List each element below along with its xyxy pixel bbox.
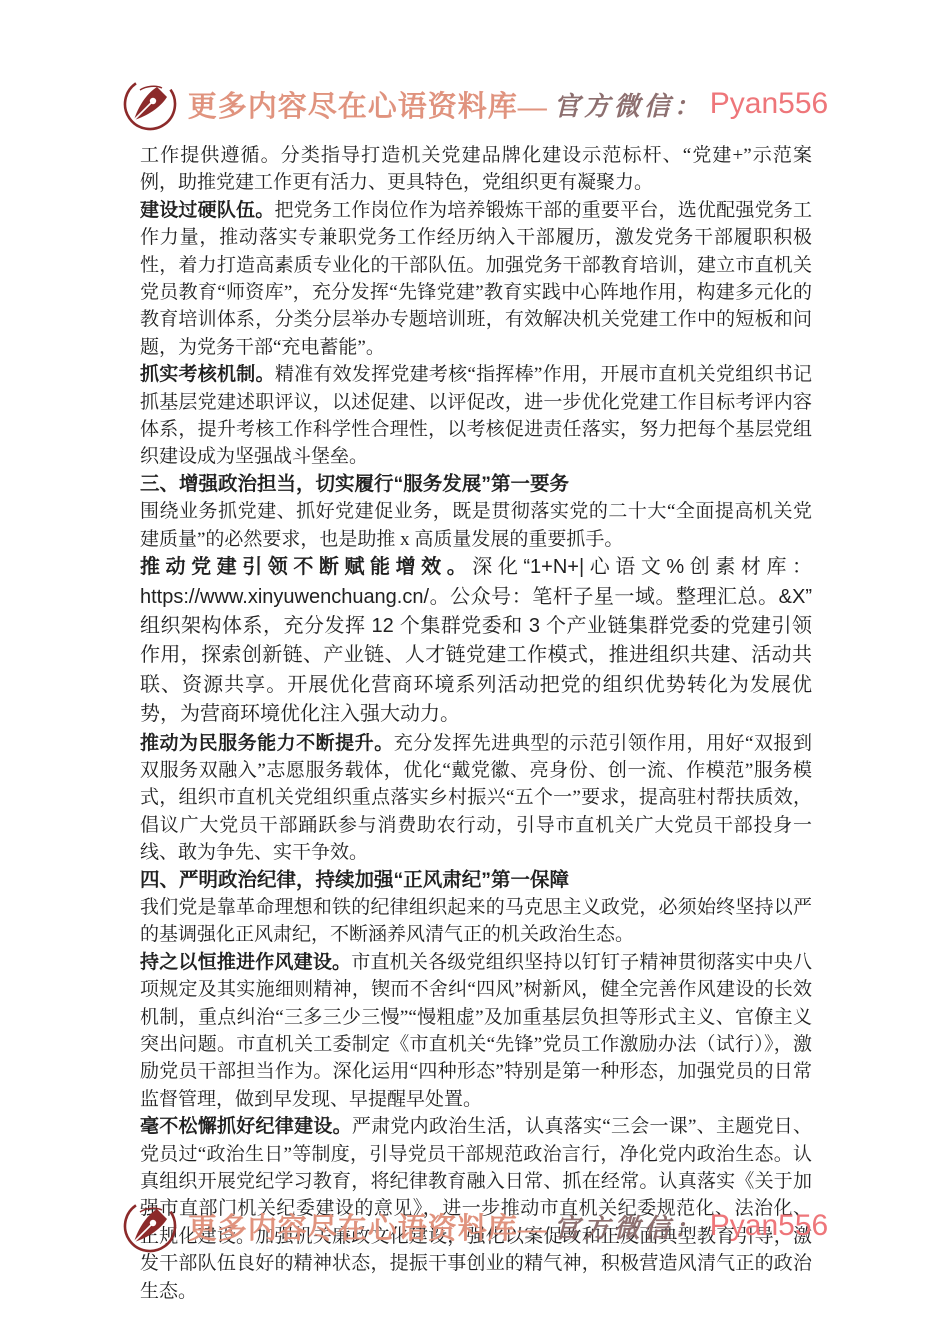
watermark-wechat-id: Pyan556 [710,87,828,121]
paragraph-lead: 推动党建引领不断赋能增效。 [140,556,472,578]
paragraph: 推动为民服务能力不断提升。充分发挥先进典型的示范引领作用，用好“双报到双服务双融… [140,730,812,867]
paragraph-lead: 毫不松懈抓好纪律建设。 [140,1116,352,1137]
watermark-wechat-label: 官方微信： [554,86,704,123]
paragraph: 推动党建引领不断赋能增效。深化“1+N+|心语文%创素材库： https://w… [140,553,812,729]
paragraph: 我们党是靠革命理想和铁的纪律组织起来的马克思主义政党，必须始终坚持以严的基调强化… [140,894,812,949]
paragraph-text: 三、增强政治担当，切实履行“服务发展”第一要务 [140,473,569,495]
watermark-footer: 更多内容尽在心语资料库— 官方微信： Pyan556 [0,1198,950,1254]
paragraph-lead: 推动为民服务能力不断提升。 [140,733,394,754]
section-heading: 三、增强政治担当，切实履行“服务发展”第一要务 [140,471,812,498]
paragraph: 工作提供遵循。分类指导打造机关党建品牌化建设示范标杆、“党建+”示范案例，助推党… [140,142,812,197]
paragraph-lead: 抓实考核机制。 [140,364,275,385]
paragraph-lead: 持之以恒推进作风建设。 [140,952,351,973]
paragraph-text: 围绕业务抓党建、抓好党建促业务，既是贯彻落实党的二十大“全面提高机关党建质量”的… [140,501,812,549]
paragraph-text: 把党务工作岗位作为培养锻炼干部的重要平台，选优配强党务工作力量，推动落实专兼职党… [140,200,812,358]
watermark-tagline: 更多内容尽在心语资料库— [188,1206,548,1247]
paragraph-text: 市直机关各级党组织坚持以钉钉子精神贯彻落实中央八项规定及其实施细则精神，锲而不舍… [140,952,812,1110]
paragraph: 建设过硬队伍。把党务工作岗位作为培养锻炼干部的重要平台，选优配强党务工作力量，推… [140,197,812,361]
paragraph: 围绕业务抓党建、抓好党建促业务，既是贯彻落实党的二十大“全面提高机关党建质量”的… [140,498,812,553]
paragraph: 持之以恒推进作风建设。市直机关各级党组织坚持以钉钉子精神贯彻落实中央八项规定及其… [140,949,812,1113]
paragraph-text: 四、严明政治纪律，持续加强“正风肃纪”第一保障 [140,869,569,891]
watermark-header: 更多内容尽在心语资料库— 官方微信： Pyan556 [0,0,950,132]
paragraph-lead: 建设过硬队伍。 [140,200,274,221]
paragraph: 抓实考核机制。精准有效发挥党建考核“指挥棒”作用，开展市直机关党组织书记抓基层党… [140,361,812,471]
watermark-wechat-id: Pyan556 [710,1209,828,1243]
document-page: 更多内容尽在心语资料库— 官方微信： Pyan556 工作提供遵循。分类指导打造… [0,0,950,1344]
watermark-tagline: 更多内容尽在心语资料库— [188,84,548,125]
pen-nib-circle-icon [122,1198,178,1254]
paragraph-text: 我们党是靠革命理想和铁的纪律组织起来的马克思主义政党，必须始终坚持以严的基调强化… [140,897,812,945]
section-heading: 四、严明政治纪律，持续加强“正风肃纪”第一保障 [140,867,812,894]
pen-nib-circle-icon [122,76,178,132]
document-body: 工作提供遵循。分类指导打造机关党建品牌化建设示范标杆、“党建+”示范案例，助推党… [140,142,812,1305]
paragraph-text: 深化“1+N+|心语文%创素材库： https://www.xinyuwench… [140,556,812,725]
paragraph-text: 工作提供遵循。分类指导打造机关党建品牌化建设示范标杆、“党建+”示范案例，助推党… [140,145,812,193]
watermark-wechat-label: 官方微信： [554,1208,704,1245]
